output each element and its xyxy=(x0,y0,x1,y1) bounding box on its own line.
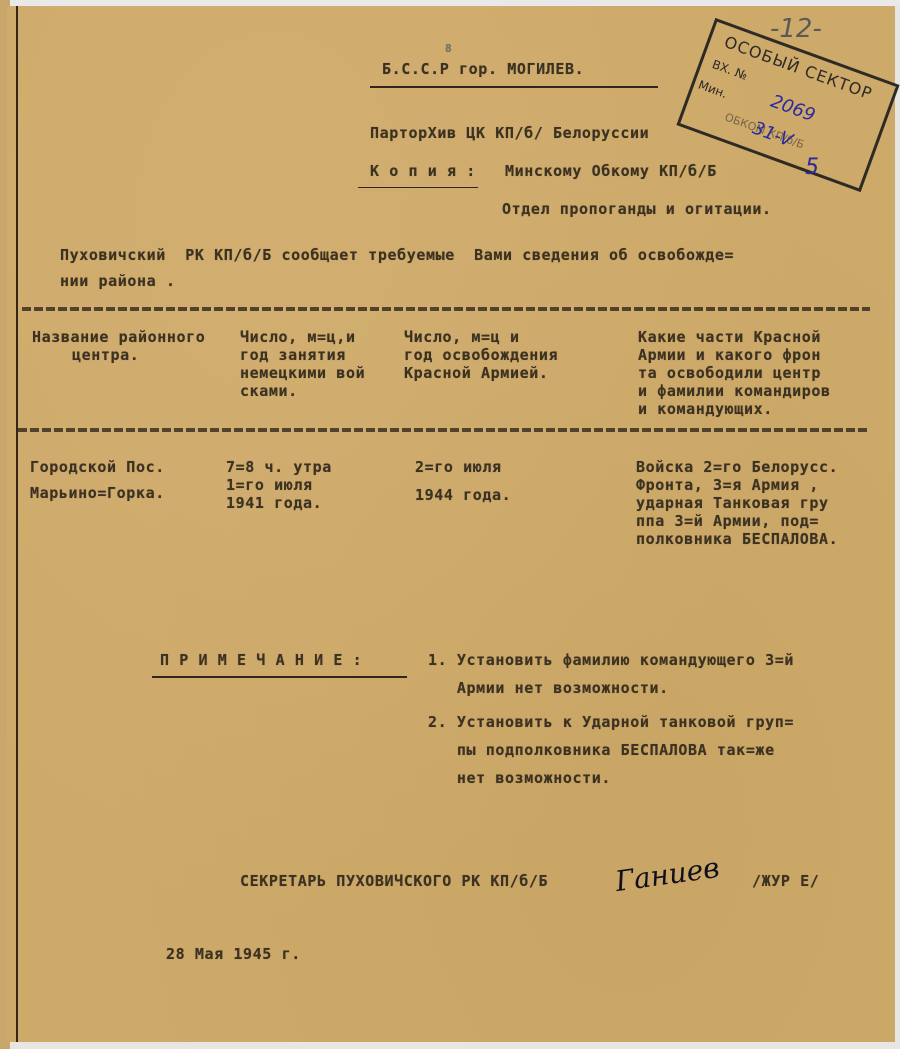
cell-occupied: 1941 года. xyxy=(226,494,322,512)
copy-to: Минскому Обкому КП/б/Б xyxy=(505,162,717,180)
header-center-line: Название районного xyxy=(32,328,205,346)
note-underline xyxy=(152,676,407,678)
department: Отдел пропоганды и огитации. xyxy=(502,200,772,218)
cell-units: полковника БЕСПАЛОВА. xyxy=(636,530,838,548)
addressee: ПарторХив ЦК КП/б/ Белоруссии xyxy=(370,124,649,142)
note-line: 2. Установить к Ударной танковой груп= xyxy=(428,713,794,731)
note-line: Армии нет возможности. xyxy=(428,679,669,697)
header-center-line: центра. xyxy=(72,346,139,364)
copy-label: К о п и я : xyxy=(370,162,476,180)
small-mark: 8 xyxy=(445,40,452,58)
document-date: 28 Мая 1945 г. xyxy=(166,945,301,963)
cell-liberated: 2=го июля xyxy=(415,458,502,476)
intro-line-1: Пуховичский РК КП/б/Б сообщает требуемые… xyxy=(60,246,734,264)
secretary-title: СЕКРЕТАРЬ ПУХОВИЧСКОГО РК КП/б/Б xyxy=(240,872,548,890)
cell-occupied: 7=8 ч. утра xyxy=(226,458,332,476)
header-occupied-line: Число, м=ц,и xyxy=(240,328,356,346)
header-occupied-line: немецкими вой xyxy=(240,364,365,382)
org-line: Б.С.С.Р гор. МОГИЛЕВ. xyxy=(382,60,584,78)
header-units-line: та освободили центр xyxy=(638,364,821,382)
table-top-rule xyxy=(22,307,870,311)
header-occupied-line: год занятия xyxy=(240,346,346,364)
page-number-handwritten: -12- xyxy=(770,14,822,44)
header-liberated-line: Число, м=ц и xyxy=(404,328,520,346)
cell-units: ппа 3=й Армии, под= xyxy=(636,512,819,530)
stamp-incoming-prefix: ВХ. № xyxy=(710,57,749,83)
stamp-city-prefix: Мин. xyxy=(696,78,729,101)
cell-liberated: 1944 года. xyxy=(415,486,511,504)
cell-units: ударная Танковая гру xyxy=(636,494,829,512)
stamp-extra-digit: 5 xyxy=(805,155,819,180)
org-underline xyxy=(370,86,658,88)
binding-line xyxy=(16,6,18,1042)
table-header-rule xyxy=(18,428,868,432)
header-units-line: Армии и какого фрон xyxy=(638,346,821,364)
header-liberated-line: год освобождения xyxy=(404,346,558,364)
note-line: пы подполковника БЕСПАЛОВА так=же xyxy=(428,741,775,759)
copy-underline xyxy=(358,187,478,188)
stamp-incoming-line: ВХ. № xyxy=(710,57,749,83)
header-liberated-line: Красной Армией. xyxy=(404,364,548,382)
header-units-line: Какие части Красной xyxy=(638,328,821,346)
cell-occupied: 1=го июля xyxy=(226,476,313,494)
cell-center: Городской Пос. xyxy=(30,458,165,476)
intro-line-2: нии района . xyxy=(60,272,176,290)
cell-center: Марьино=Горка. xyxy=(30,484,165,502)
note-label: П Р И М Е Ч А Н И Е : xyxy=(160,651,362,669)
stamp-city-line: Мин. xyxy=(696,78,729,101)
header-units-line: и командующих. xyxy=(638,400,773,418)
note-line: нет возможности. xyxy=(428,769,611,787)
cell-units: Войска 2=го Белорусс. xyxy=(636,458,838,476)
header-units-line: и фамилии командиров xyxy=(638,382,831,400)
header-occupied-line: сками. xyxy=(240,382,298,400)
cell-units: Фронта, 3=я Армия , xyxy=(636,476,819,494)
signer-name: /ЖУР Е/ xyxy=(752,872,819,890)
note-line: 1. Установить фамилию командующего 3=й xyxy=(428,651,794,669)
